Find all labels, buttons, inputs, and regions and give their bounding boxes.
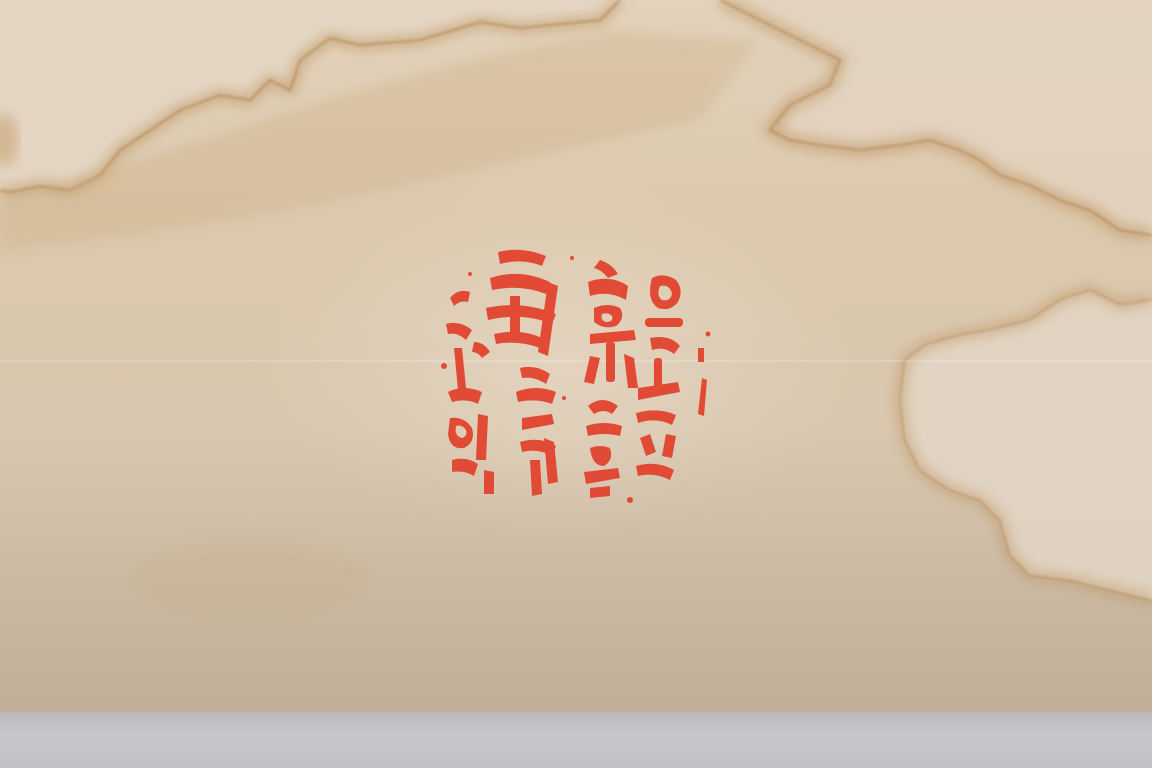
- grey-table-surface: [0, 712, 1152, 768]
- seal-glyphs: [440, 238, 720, 510]
- scroll-paper: [0, 0, 1152, 714]
- red-seal-impression: [440, 238, 720, 510]
